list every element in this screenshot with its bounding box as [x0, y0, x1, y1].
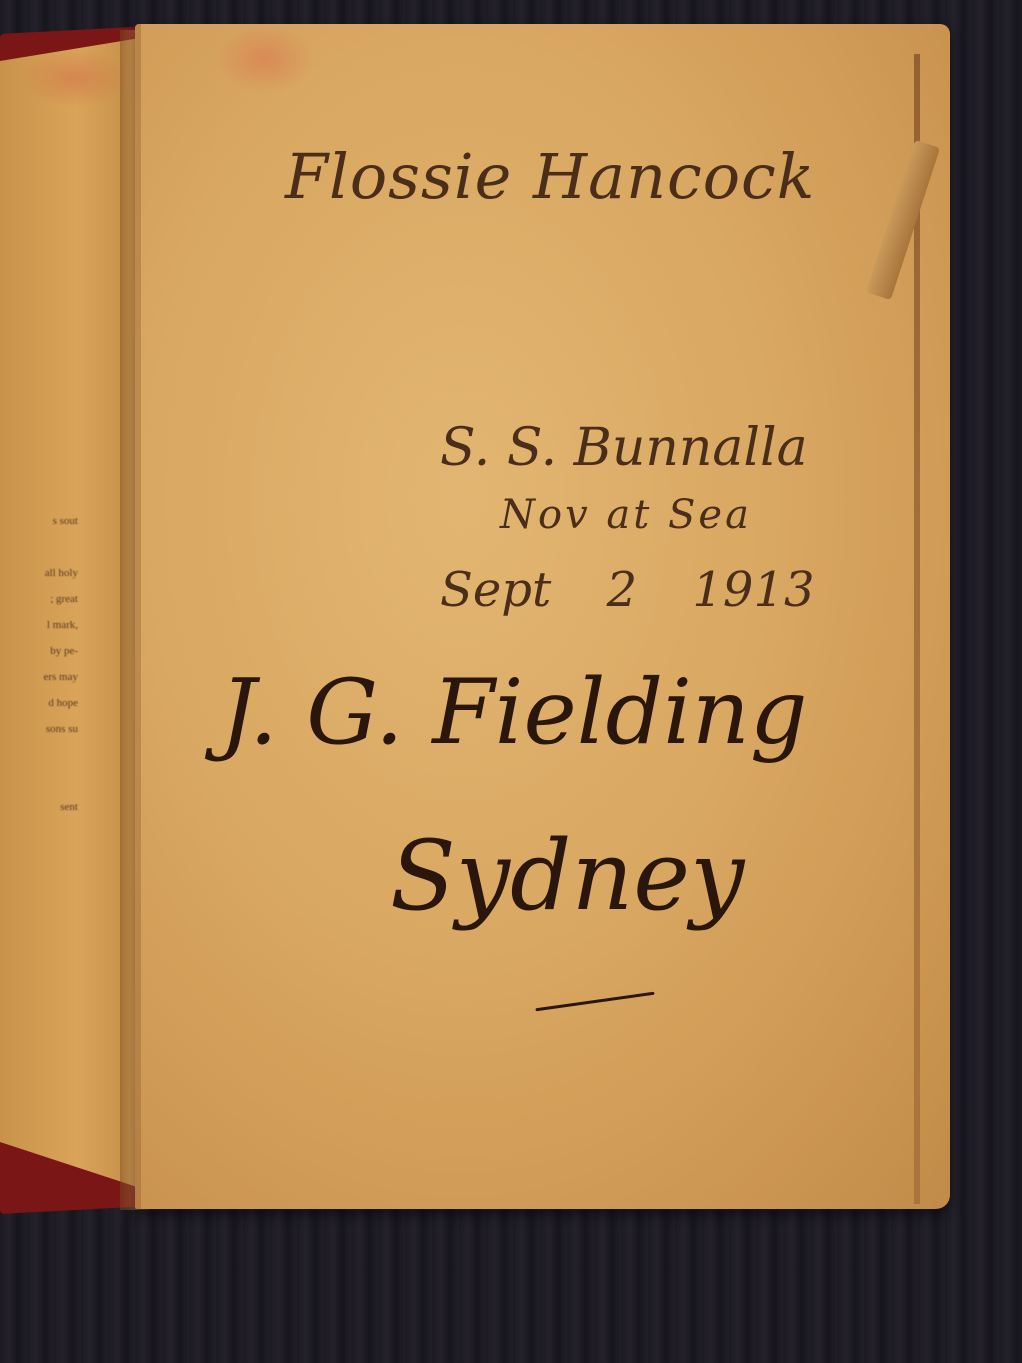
page-stain: [20, 48, 130, 108]
inscription-ship: S. S. Bunnalla: [440, 418, 808, 478]
text-line: sent: [0, 794, 78, 820]
page-stain: [215, 24, 315, 94]
text-line: s sout: [0, 508, 78, 534]
photograph: s sout all holy ; great l mark, by pe- e…: [0, 0, 1022, 1363]
text-line: [0, 768, 78, 794]
text-line: l mark,: [0, 612, 78, 638]
text-line: sons su: [0, 716, 78, 742]
left-page: s sout all holy ; great l mark, by pe- e…: [0, 38, 140, 1188]
torn-page-edge: [914, 54, 920, 1204]
text-line: ; great: [0, 586, 78, 612]
text-line: by pe-: [0, 638, 78, 664]
page-fold: [135, 24, 141, 1209]
inscription-signature: J. G. Fielding: [220, 660, 807, 765]
text-line: [0, 742, 78, 768]
inscription-name: Flossie Hancock: [285, 140, 815, 213]
text-line: ers may: [0, 664, 78, 690]
inscription-date-day: Sept 2: [440, 562, 637, 618]
inscription-note: Nov at Sea: [500, 492, 752, 538]
inscription-date: Sept 2 1913: [440, 562, 815, 618]
inscription-place: Sydney: [390, 820, 744, 932]
text-line: d hope: [0, 690, 78, 716]
text-line: all holy: [0, 560, 78, 586]
left-page-printed-text: s sout all holy ; great l mark, by pe- e…: [0, 508, 78, 820]
text-line: [0, 534, 78, 560]
inscription-date-year: 1913: [692, 562, 814, 618]
